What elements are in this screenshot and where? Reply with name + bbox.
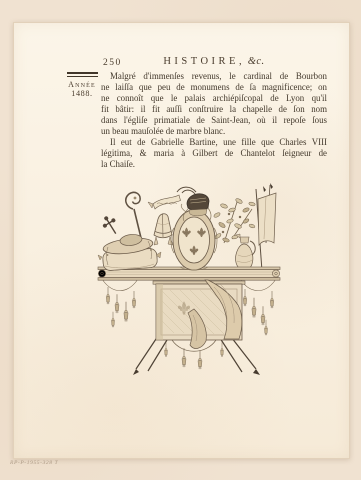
tassels-right — [241, 281, 275, 336]
mitre — [154, 214, 173, 246]
text-line: légitima, & maria à Gilbert de Chantelot… — [101, 148, 327, 159]
margin-year-note: Année 1488. — [64, 72, 100, 99]
text-line: Malgré d'immenſes revenus, le cardinal d… — [101, 71, 327, 82]
running-title: HISTOIRE, &c. — [101, 56, 327, 67]
margin-year-value: 1488. — [64, 89, 100, 99]
text-line: un beau mauſolée de marbre blanc. — [101, 126, 327, 137]
running-title-etc: &c. — [248, 56, 265, 67]
book-page: 250 HISTOIRE, &c. Année 1488. Malgré d'i… — [13, 22, 350, 459]
text-line: fit bâtir: il fit auſſi conſtruire la ch… — [101, 104, 327, 115]
body-text: Malgré d'immenſes revenus, le cardinal d… — [101, 71, 327, 170]
banner-and-spears — [256, 183, 276, 271]
text-line: dans l'égliſe primatiale de Saint-Jean, … — [101, 115, 327, 126]
foliage — [213, 198, 255, 243]
text-line: Il eut de Gabrielle Bartine, une fille q… — [101, 137, 327, 148]
tassels-left — [103, 281, 137, 328]
archbishop-cross — [100, 214, 121, 237]
ewer — [236, 234, 256, 272]
text-line: ne laiſſa que peu de monumens de ſa magn… — [101, 82, 327, 93]
text-line: la Chaiſe. — [101, 159, 327, 170]
pencil-inventory-annotation: RP-P-1955-328 T — [10, 460, 58, 466]
banderole — [148, 195, 181, 209]
running-title-text: HISTOIRE, — [163, 56, 245, 67]
vignette-engraving — [96, 183, 281, 378]
margin-year-label: Année — [64, 80, 100, 89]
margin-double-rule — [67, 72, 98, 77]
scanned-book-page: 250 HISTOIRE, &c. Année 1488. Malgré d'i… — [0, 0, 361, 480]
text-line: ne connoît que le palais archiépiſcopal … — [101, 93, 327, 104]
